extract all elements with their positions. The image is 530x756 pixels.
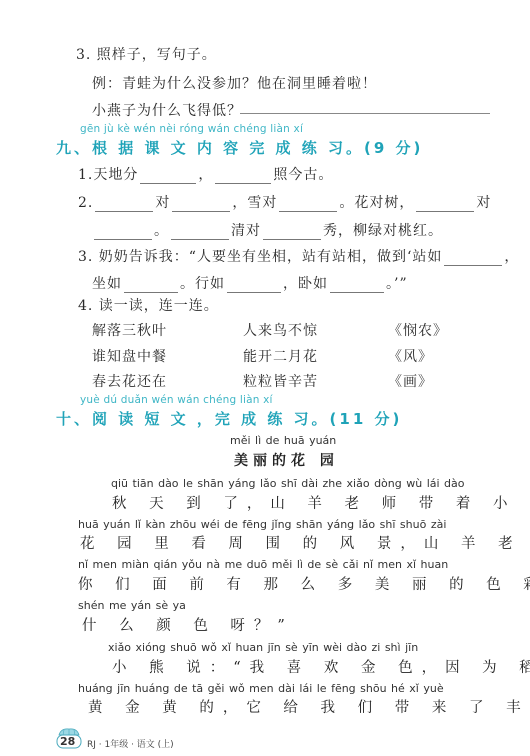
section-10-title: 十、阅 读 短 文 ，完 成 练 习。(11 分) bbox=[56, 408, 402, 429]
q3-text-4: ，卧如 bbox=[283, 276, 328, 292]
q3-blank-2[interactable] bbox=[124, 278, 178, 293]
section-9-pinyin: gēn jù kè wén nèi róng wán chéng liàn xí bbox=[80, 123, 303, 135]
story-line-4-text: 什 么 颜 色 呀？” bbox=[82, 614, 294, 635]
match-col3-item-3[interactable]: 《画》 bbox=[388, 371, 433, 391]
question-9-3-line1: 3. 奶奶告诉我：“人要坐有坐相，站有站相，做到‘站如， bbox=[78, 246, 519, 266]
match-col1-item-3[interactable]: 春去花还在 bbox=[92, 371, 167, 391]
q2-text-1: 对 bbox=[155, 195, 170, 211]
q2-text-5: 。 bbox=[154, 223, 169, 239]
match-col2-item-3[interactable]: 粒粒皆辛苦 bbox=[243, 371, 318, 391]
story-line-6-text: 黄 金 黄 的，它 给 我 们 带 来 了 丰 收 和 喜 悦。” bbox=[88, 696, 530, 717]
story-line-1-pinyin: qiū tiān dào le shān yáng lǎo shī dài zh… bbox=[111, 477, 465, 490]
q2-text-2: ，雪对 bbox=[232, 195, 277, 211]
q1-blank-2[interactable] bbox=[215, 169, 271, 184]
match-col2-item-1[interactable]: 人来鸟不惊 bbox=[243, 320, 318, 340]
match-col3-item-1[interactable]: 《悯农》 bbox=[388, 320, 448, 340]
q2-text-3: 。花对树， bbox=[339, 195, 414, 211]
q3-text-2: 坐如 bbox=[92, 276, 122, 292]
q1-num: 1. bbox=[78, 167, 93, 183]
q2-blank-6[interactable] bbox=[171, 225, 229, 240]
q3-blank-3[interactable] bbox=[227, 278, 281, 293]
question-9-2-line2: 。清对秀，柳绿对桃红。 bbox=[92, 220, 443, 240]
q3-text-1-end: ， bbox=[504, 249, 519, 265]
q2-text-4: 对 bbox=[476, 195, 491, 211]
story-line-4-pinyin: shén me yán sè ya bbox=[78, 599, 186, 612]
question-9-2-line1: 2.对，雪对。花对树，对 bbox=[78, 192, 491, 212]
story-title-pinyin: měi lì de huā yuán bbox=[230, 434, 336, 447]
question-9-1: 1.天地分，照今古。 bbox=[78, 164, 333, 184]
story-line-2-text: 花 园 里 看 周 围 的 风 景，山 羊 老 师 说：“在 bbox=[80, 532, 530, 553]
q1-sep: ， bbox=[198, 167, 213, 183]
story-line-5-text: 小 熊 说：“我 喜 欢 金 色，因 为 稻 子 是 金 bbox=[112, 656, 530, 677]
story-line-2-pinyin: huā yuán lǐ kàn zhōu wéi de fēng jǐng sh… bbox=[78, 518, 446, 531]
q1-blank-1[interactable] bbox=[140, 169, 196, 184]
q2-blank-2[interactable] bbox=[172, 197, 230, 212]
footer-label: RJ · 1年级 · 语文 (上) bbox=[87, 737, 174, 750]
section-9-title: 九、根 据 课 文 内 容 完 成 练 习。(9 分) bbox=[56, 137, 423, 158]
q3-blank-4[interactable] bbox=[330, 278, 384, 293]
story-line-1-text: 秋 天 到 了，山 羊 老 师 带 着 小 动 物 来 到 bbox=[112, 492, 530, 513]
story-title: 美丽的花 园 bbox=[234, 450, 339, 470]
q2-num: 2. bbox=[78, 195, 93, 211]
q2-blank-4[interactable] bbox=[416, 197, 474, 212]
answer-line-8-3[interactable] bbox=[240, 113, 490, 114]
question-9-4-label: 4. 读一读，连一连。 bbox=[78, 295, 219, 315]
q1-text-a: 天地分 bbox=[93, 167, 138, 183]
q2-blank-1[interactable] bbox=[95, 197, 153, 212]
q2-text-7: 秀，柳绿对桃红。 bbox=[323, 223, 443, 239]
q1-text-b: 照今古。 bbox=[273, 167, 333, 183]
q3-text-5: 。’” bbox=[386, 276, 408, 292]
match-col2-item-2[interactable]: 能开二月花 bbox=[243, 346, 318, 366]
question-8-3-example: 例：青蛙为什么没参加？他在洞里睡着啦！ bbox=[92, 73, 377, 93]
q3-blank-1[interactable] bbox=[444, 251, 502, 266]
match-col1-item-2[interactable]: 谁知盘中餐 bbox=[92, 346, 167, 366]
q3-text-1: 3. 奶奶告诉我：“人要坐有坐相，站有站相，做到‘站如 bbox=[78, 249, 442, 265]
question-8-3-prompt: 小燕子为什么飞得低？ bbox=[92, 100, 242, 120]
page-number-badge: 28 bbox=[55, 727, 83, 749]
q2-blank-7[interactable] bbox=[263, 225, 321, 240]
page-number: 28 bbox=[60, 735, 75, 748]
q2-blank-3[interactable] bbox=[279, 197, 337, 212]
match-col1-item-1[interactable]: 解落三秋叶 bbox=[92, 320, 167, 340]
q2-text-6: 清对 bbox=[231, 223, 261, 239]
question-8-3-label: 3. 照样子，写句子。 bbox=[76, 44, 217, 64]
question-9-3-line2: 坐如。行如，卧如。’” bbox=[92, 273, 408, 293]
story-line-5-pinyin: xiǎo xióng shuō wǒ xǐ huan jīn sè yīn wè… bbox=[108, 641, 418, 654]
story-line-3-pinyin: nǐ men miàn qián yǒu nà me duō měi lì de… bbox=[78, 558, 448, 571]
section-10-pinyin: yuè dú duǎn wén wán chéng liàn xí bbox=[80, 394, 273, 406]
q3-text-3: 。行如 bbox=[180, 276, 225, 292]
match-col3-item-2[interactable]: 《风》 bbox=[388, 346, 433, 366]
story-line-3-text: 你 们 面 前 有 那 么 多 美 丽 的 色 彩，你 们 喜 欢 bbox=[78, 573, 530, 594]
story-line-6-pinyin: huáng jīn huáng de tā gěi wǒ men dài lái… bbox=[78, 682, 444, 695]
q2-blank-5[interactable] bbox=[94, 225, 152, 240]
